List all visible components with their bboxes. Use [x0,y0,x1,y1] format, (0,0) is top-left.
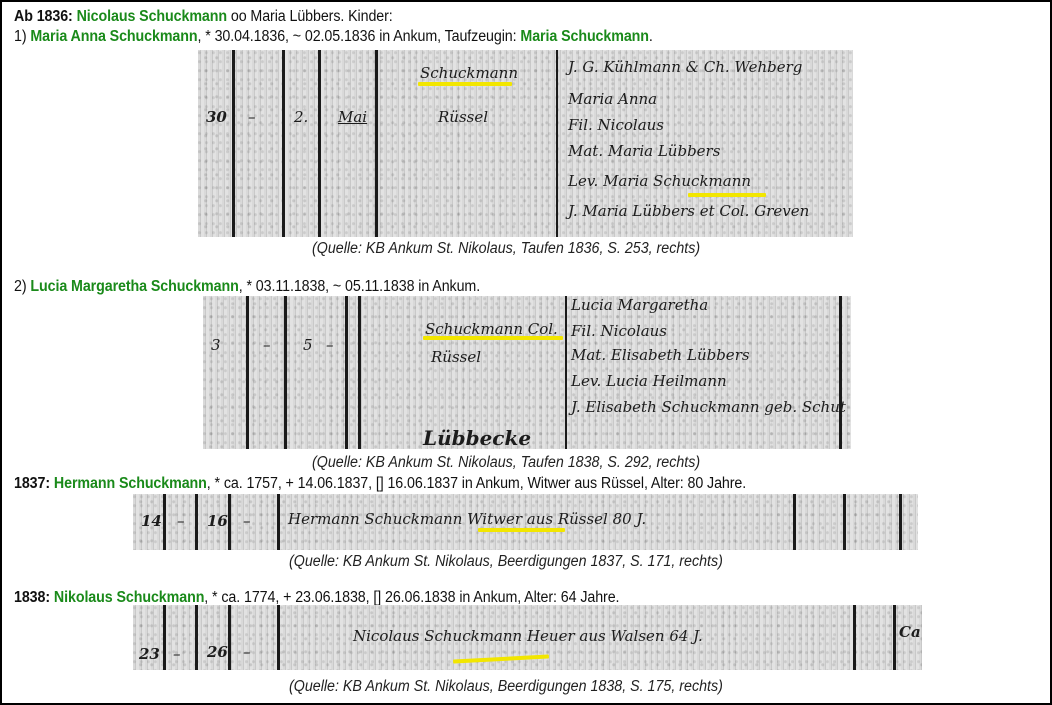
entry-2-details: , * 03.11.1838, ~ 05.11.1838 in Ankum. [239,278,480,295]
source-baptism-1838: (Quelle: KB Ankum St. Nikolaus, Taufen 1… [312,454,700,472]
entry-1-end: . [649,28,653,45]
entry-1-number: 1) [14,28,27,45]
heading-prefix: Ab 1836: [14,8,73,25]
source-burial-1838: (Quelle: KB Ankum St. Nikolaus, Beerdigu… [289,678,723,696]
entry-2-number: 2) [14,278,27,295]
source-burial-1837: (Quelle: KB Ankum St. Nikolaus, Beerdigu… [289,553,723,571]
entry-1-name: Maria Anna Schuckmann [30,28,197,45]
entry-1-witness: Maria Schuckmann [520,28,648,45]
scan-image-baptism-1836: 30 – 2. Mai Schuckmann Rüssel J. G. Kühl… [198,50,853,237]
entry-2-name: Lucia Margaretha Schuckmann [30,278,238,295]
scan-image-baptism-1838: 3 – 5 – Schuckmann Col. Rüssel Lübbecke … [203,296,851,449]
burial-1837-year: 1837: [14,475,50,492]
burial-1838-name: Nikolaus Schuckmann [54,589,204,606]
heading-rest: oo Maria Lübbers. Kinder: [227,8,393,25]
burial-1838-details: , * ca. 1774, + 23.06.1838, [] 26.06.183… [204,589,619,606]
document-frame: Ab 1836: Nicolaus Schuckmann oo Maria Lü… [0,0,1052,705]
source-baptism-1836: (Quelle: KB Ankum St. Nikolaus, Taufen 1… [312,240,700,258]
scan-image-burial-1837: 14 – 16 – Hermann Schuckmann Witwer aus … [133,494,918,550]
burial-1837-details: , * ca. 1757, + 14.06.1837, [] 16.06.183… [207,475,746,492]
burial-1837-name: Hermann Schuckmann [54,475,207,492]
entry-1-details: , * 30.04.1836, ~ 02.05.1836 in Ankum, T… [198,28,521,45]
burial-1838-year: 1838: [14,589,50,606]
scan-image-burial-1838: 23 – 26 – Nicolaus Schuckmann Heuer aus … [133,605,922,670]
entry-1-line: 1) Maria Anna Schuckmann, * 30.04.1836, … [14,28,653,46]
heading-name: Nicolaus Schuckmann [77,8,227,25]
entry-2-line: 2) Lucia Margaretha Schuckmann, * 03.11.… [14,278,480,296]
burial-1837-line: 1837: Hermann Schuckmann, * ca. 1757, + … [14,475,746,493]
heading-line: Ab 1836: Nicolaus Schuckmann oo Maria Lü… [14,8,393,26]
